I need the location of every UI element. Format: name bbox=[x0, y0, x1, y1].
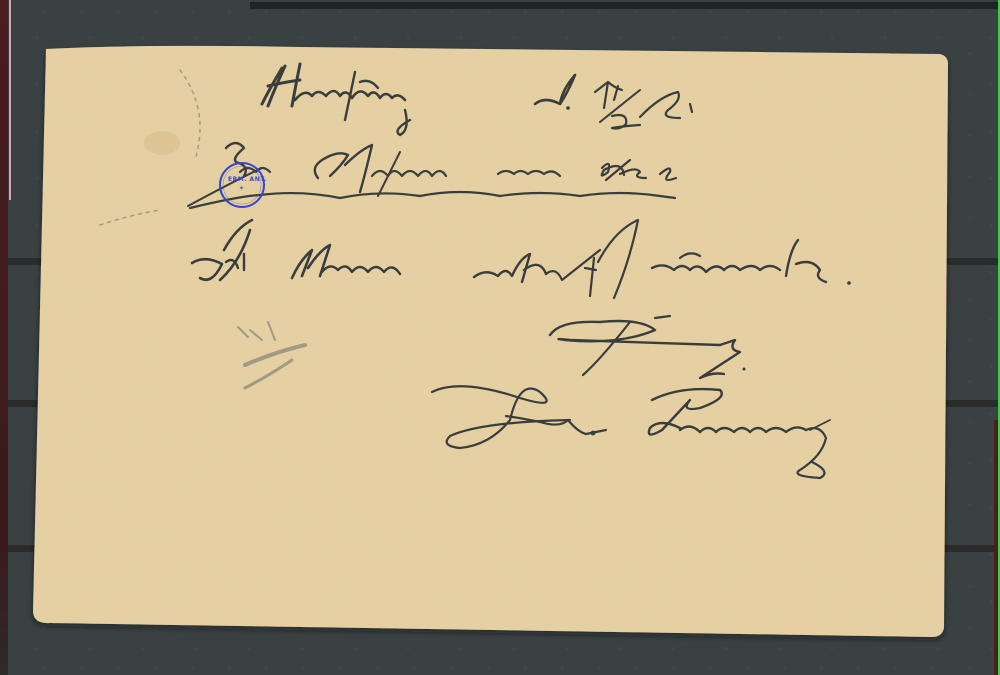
paper-stain bbox=[144, 131, 180, 155]
stamp-star-icon: ✶ bbox=[239, 185, 245, 192]
stamp-text-top: ERM. ANT. bbox=[228, 176, 267, 183]
postcard: ERM. ANT. ✶ bbox=[0, 0, 1000, 675]
